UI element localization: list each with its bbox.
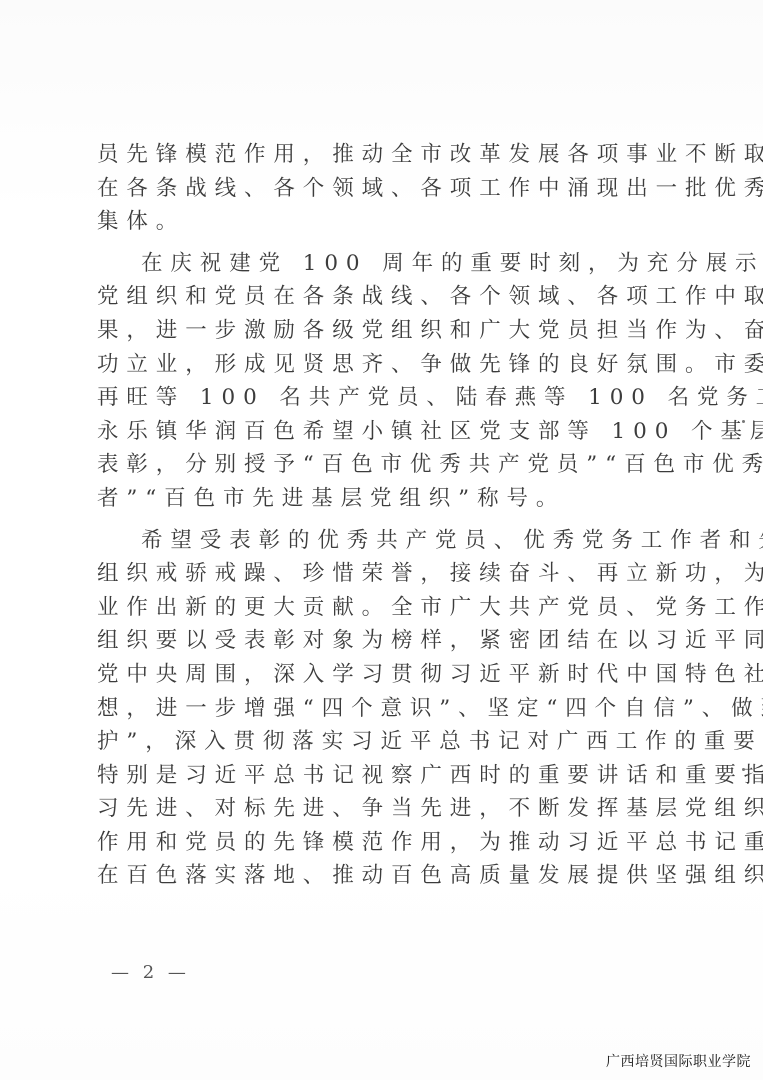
text-line: 特别是习近平总书记视察广西时的重要讲话和重要指示精神，学 xyxy=(97,759,663,793)
text-line: 习先进、对标先进、争当先进，不断发挥基层党组织的战斗堡垒 xyxy=(97,792,663,826)
paragraph-gap xyxy=(97,516,663,524)
text-line: 在百色落实落地、推动百色高质量发展提供坚强组织保证，奋力 xyxy=(97,859,663,893)
paragraph-1: 员先锋模范作用，推动全市改革发展各项事业不断取得新胜利， 在各条战线、各个领域、… xyxy=(97,138,663,239)
text-line: 在庆祝建党 100 周年的重要时刻，为充分展示我市广大基层 xyxy=(97,247,663,281)
text-line: 果，进一步激励各级党组织和广大党员担当作为、奋勇争先、建 xyxy=(97,314,663,348)
text-line: 想，进一步增强“四个意识”、坚定“四个自信”、做到“两个维 xyxy=(97,692,663,726)
text-line: 表彰，分别授予“百色市优秀共产党员”“百色市优秀党务工作 xyxy=(97,448,663,482)
text-line: 党中央周围，深入学习贯彻习近平新时代中国特色社会主义思 xyxy=(97,658,663,692)
text-line: 作用和党员的先锋模范作用，为推动习近平总书记重要讲话精神 xyxy=(97,826,663,860)
text-line: 集体。 xyxy=(97,205,663,239)
text-line: 再旺等 100 名共产党员、陆春燕等 100 名党务工作者、右江区 xyxy=(97,381,663,415)
text-line: 功立业，形成见贤思齐、争做先锋的良好氛围。市委决定，对杨 xyxy=(97,348,663,382)
paragraph-gap xyxy=(97,239,663,247)
page-number: — 2 — xyxy=(111,962,190,983)
text-line: 永乐镇华润百色希望小镇社区党支部等 100 个基层党组织予以 xyxy=(97,415,663,449)
document-page: 员先锋模范作用，推动全市改革发展各项事业不断取得新胜利， 在各条战线、各个领域、… xyxy=(0,0,763,1080)
text-line: 护”，深入贯彻落实习近平总书记对广西工作的重要指示精神， xyxy=(97,725,663,759)
text-line: 组织戒骄戒躁、珍惜荣誉，接续奋斗、再立新功，为党和人民事 xyxy=(97,557,663,591)
paragraph-2: 在庆祝建党 100 周年的重要时刻，为充分展示我市广大基层 党组织和党员在各条战… xyxy=(97,247,663,516)
paragraph-3: 希望受表彰的优秀共产党员、优秀党务工作者和先进基层党 组织戒骄戒躁、珍惜荣誉，接… xyxy=(97,524,663,894)
text-line: 业作出新的更大贡献。全市广大共产党员、党务工作者和各级党 xyxy=(97,591,663,625)
scan-speck xyxy=(742,768,745,771)
scan-speck xyxy=(742,420,745,423)
text-line: 组织要以受表彰对象为榜样，紧密团结在以习近平同志为核心的 xyxy=(97,624,663,658)
text-line: 党组织和党员在各条战线、各个领域、各项工作中取得的丰硕成 xyxy=(97,280,663,314)
watermark-label: 广西培贤国际职业学院 xyxy=(606,1051,751,1071)
text-line: 员先锋模范作用，推动全市改革发展各项事业不断取得新胜利， xyxy=(97,138,663,172)
text-line: 希望受表彰的优秀共产党员、优秀党务工作者和先进基层党 xyxy=(97,524,663,558)
text-line: 者”“百色市先进基层党组织”称号。 xyxy=(97,482,663,516)
document-body: 员先锋模范作用，推动全市改革发展各项事业不断取得新胜利， 在各条战线、各个领域、… xyxy=(97,138,663,893)
text-line: 在各条战线、各个领域、各项工作中涌现出一批优秀个人和先进 xyxy=(97,172,663,206)
